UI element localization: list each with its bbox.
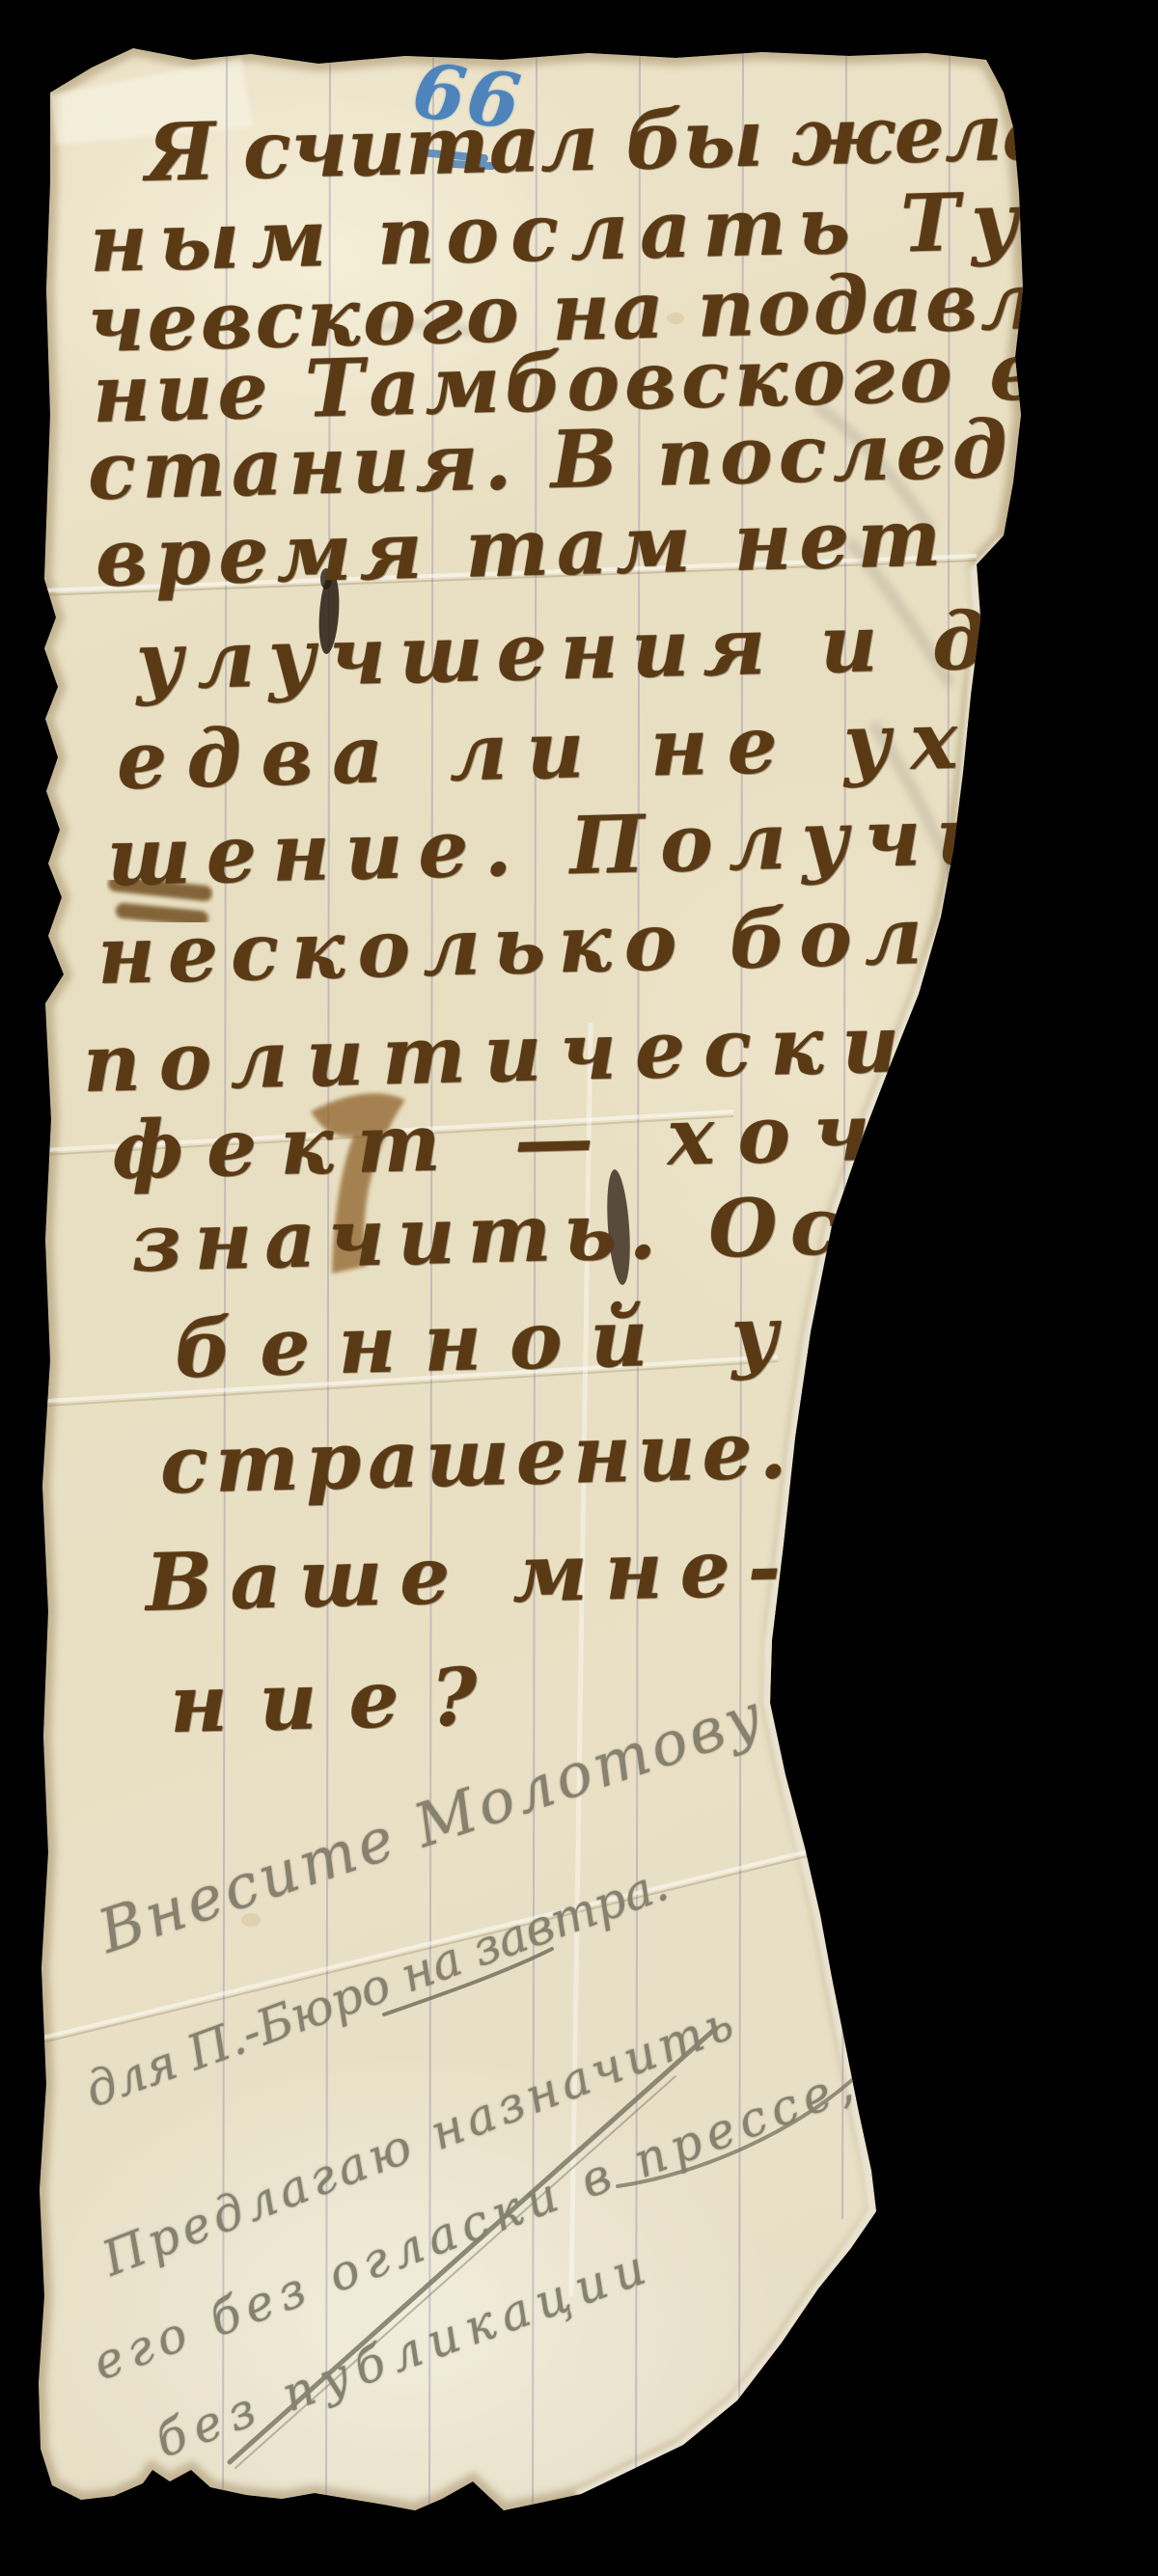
ink-line: страшение. <box>159 1411 794 1505</box>
torn-paper-sheet: 66 Я считал бы желатель- ным послать Тух… <box>0 0 1158 2576</box>
ink-line: значить. Осо- <box>130 1184 962 1283</box>
ink-line: едва ли не уху- <box>116 698 1096 801</box>
ink-line: политический эф- <box>82 996 1158 1104</box>
scan-background: 66 Я считал бы желатель- ным послать Тух… <box>0 0 1158 2576</box>
ink-line: улучшения и даже <box>135 595 1158 701</box>
ink-line: бенной у- <box>174 1293 868 1389</box>
ink-line: фект — хочу на- <box>111 1084 1158 1191</box>
ink-line: шение. Получится <box>106 790 1158 897</box>
ink-line: Ваше мне- <box>145 1527 799 1622</box>
ink-line: стания. В последнее <box>87 405 1158 511</box>
ink-line: ние? <box>169 1657 510 1744</box>
ink-line: время там нет <box>95 498 950 598</box>
ink-line: несколько большой <box>96 889 1158 996</box>
